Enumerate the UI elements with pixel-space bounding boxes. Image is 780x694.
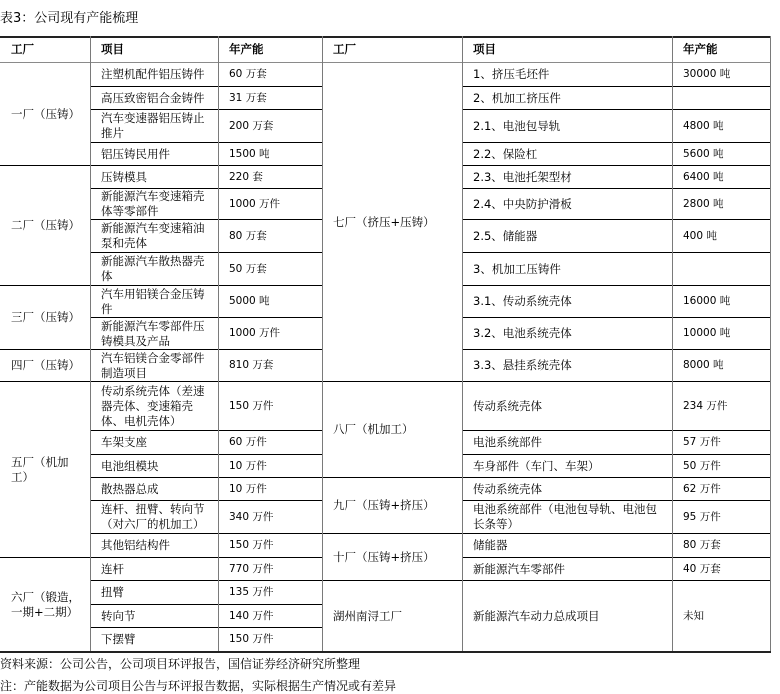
- capacity-cell: 10000 吨: [673, 318, 770, 349]
- item-cell: 新能源汽车动力总成项目: [463, 581, 672, 651]
- factory-cell: 十厂（压铸+挤压）: [323, 534, 462, 580]
- factory-cell: 五厂（机加工）: [1, 382, 90, 557]
- factory-cell: 湖州南浔工厂: [323, 581, 462, 651]
- item-cell: 电池系统部件（电池包导轨、电池包长条等）: [463, 501, 672, 533]
- item-cell: 散热器总成: [91, 478, 218, 500]
- item-cell: 电池组模块: [91, 455, 218, 477]
- capacity-cell: 60 万件: [219, 431, 322, 454]
- item-cell: 传动系统壳体（差速器壳体、变速箱壳体、电机壳体）: [91, 382, 218, 430]
- factory-cell: 一厂（压铸）: [1, 63, 90, 165]
- column-divider: [672, 36, 673, 651]
- capacity-cell: 150 万件: [219, 628, 322, 651]
- source-note: 资料来源：公司公告，公司项目环评报告，国信证券经济研究所整理: [0, 656, 360, 672]
- header-factory: 工厂: [1, 37, 90, 62]
- item-cell: 3.1、传动系统壳体: [463, 286, 672, 317]
- capacity-cell: [673, 253, 770, 285]
- item-cell: 汽车变速器铝压铸止推片: [91, 110, 218, 142]
- capacity-cell: 810 万套: [219, 350, 322, 381]
- capacity-cell: 4800 吨: [673, 110, 770, 142]
- item-cell: 3、机加工压铸件: [463, 253, 672, 285]
- item-cell: 新能源汽车零部件: [463, 558, 672, 580]
- item-cell: 2.3、电池托架型材: [463, 166, 672, 188]
- item-cell: 2、机加工挤压件: [463, 87, 672, 109]
- item-cell: 转向节: [91, 605, 218, 627]
- item-cell: 车身部件（车门、车架）: [463, 455, 672, 477]
- factory-cell: 七厂（挤压+压铸）: [323, 63, 462, 381]
- capacity-cell: 150 万件: [219, 534, 322, 557]
- capacity-cell: 未知: [673, 581, 770, 651]
- item-cell: 其他铝结构件: [91, 534, 218, 557]
- item-cell: 压铸模具: [91, 166, 218, 188]
- item-cell: 注塑机配件铝压铸件: [91, 63, 218, 86]
- capacity-cell: 30000 吨: [673, 63, 770, 86]
- item-cell: 汽车铝镁合金零部件制造项目: [91, 350, 218, 381]
- factory-cell: 九厂（压铸+挤压）: [323, 478, 462, 533]
- capacity-cell: 2800 吨: [673, 189, 770, 219]
- capacity-cell: 50 万套: [219, 253, 322, 285]
- capacity-cell: 1500 吨: [219, 143, 322, 165]
- capacity-cell: 10 万件: [219, 478, 322, 500]
- item-cell: 3.3、悬挂系统壳体: [463, 350, 672, 381]
- capacity-cell: [673, 87, 770, 109]
- factory-cell: 三厂（压铸）: [1, 286, 90, 349]
- capacity-cell: 140 万件: [219, 605, 322, 627]
- capacity-cell: 400 吨: [673, 220, 770, 252]
- header-factory: 工厂: [323, 37, 462, 62]
- item-cell: 扭臂: [91, 581, 218, 604]
- row-divider: [0, 651, 771, 653]
- capacity-cell: 80 万套: [219, 220, 322, 252]
- column-divider: [218, 36, 219, 651]
- capacity-cell: 40 万套: [673, 558, 770, 580]
- capacity-table: 工厂项目年产能工厂项目年产能注塑机配件铝压铸件60 万套高压致密铝合金铸件31 …: [0, 36, 771, 652]
- capacity-cell: 10 万件: [219, 455, 322, 477]
- capacity-cell: 770 万件: [219, 558, 322, 580]
- capacity-cell: 150 万件: [219, 382, 322, 430]
- capacity-cell: 340 万件: [219, 501, 322, 533]
- capacity-cell: 8000 吨: [673, 350, 770, 381]
- capacity-cell: 5600 吨: [673, 143, 770, 165]
- table-caption: 表3：公司现有产能梳理: [0, 10, 138, 28]
- item-cell: 储能器: [463, 534, 672, 557]
- item-cell: 2.5、储能器: [463, 220, 672, 252]
- item-cell: 新能源汽车变速箱油泵和壳体: [91, 220, 218, 252]
- capacity-cell: 57 万件: [673, 431, 770, 454]
- item-cell: 1、挤压毛坯件: [463, 63, 672, 86]
- footnote: 注：产能数据为公司项目公告与环评报告数据，实际根据生产情况或有差异: [0, 678, 396, 694]
- capacity-cell: 16000 吨: [673, 286, 770, 317]
- capacity-cell: 6400 吨: [673, 166, 770, 188]
- capacity-cell: 31 万套: [219, 87, 322, 109]
- capacity-cell: 220 套: [219, 166, 322, 188]
- item-cell: 新能源汽车零部件压铸模具及产品: [91, 318, 218, 349]
- item-cell: 连杆、扭臂、转向节（对六厂的机加工）: [91, 501, 218, 533]
- column-divider: [462, 36, 463, 651]
- capacity-cell: 1000 万件: [219, 318, 322, 349]
- capacity-cell: 5000 吨: [219, 286, 322, 317]
- capacity-cell: 234 万件: [673, 382, 770, 430]
- factory-cell: 二厂（压铸）: [1, 166, 90, 285]
- capacity-cell: 60 万套: [219, 63, 322, 86]
- item-cell: 汽车用铝镁合金压铸件: [91, 286, 218, 317]
- capacity-cell: 95 万件: [673, 501, 770, 533]
- capacity-cell: 1000 万件: [219, 189, 322, 219]
- factory-cell: 四厂（压铸）: [1, 350, 90, 381]
- item-cell: 3.2、电池系统壳体: [463, 318, 672, 349]
- item-cell: 传动系统壳体: [463, 478, 672, 500]
- item-cell: 下摆臂: [91, 628, 218, 651]
- column-divider: [90, 36, 91, 651]
- capacity-cell: 50 万件: [673, 455, 770, 477]
- column-divider: [770, 36, 771, 651]
- header-capacity: 年产能: [219, 37, 322, 62]
- item-cell: 传动系统壳体: [463, 382, 672, 430]
- header-item: 项目: [91, 37, 218, 62]
- item-cell: 连杆: [91, 558, 218, 580]
- factory-cell: 六厂（锻造，一期+二期）: [1, 558, 90, 651]
- capacity-cell: 80 万套: [673, 534, 770, 557]
- item-cell: 2.4、中央防护滑板: [463, 189, 672, 219]
- capacity-cell: 135 万件: [219, 581, 322, 604]
- item-cell: 铝压铸民用件: [91, 143, 218, 165]
- capacity-cell: 200 万套: [219, 110, 322, 142]
- item-cell: 电池系统部件: [463, 431, 672, 454]
- capacity-cell: 62 万件: [673, 478, 770, 500]
- item-cell: 高压致密铝合金铸件: [91, 87, 218, 109]
- item-cell: 新能源汽车变速箱壳体等零部件: [91, 189, 218, 219]
- item-cell: 2.2、保险杠: [463, 143, 672, 165]
- item-cell: 2.1、电池包导轨: [463, 110, 672, 142]
- item-cell: 车架支座: [91, 431, 218, 454]
- column-divider: [322, 36, 323, 651]
- header-capacity: 年产能: [673, 37, 770, 62]
- factory-cell: 八厂（机加工）: [323, 382, 462, 477]
- item-cell: 新能源汽车散热器壳体: [91, 253, 218, 285]
- header-item: 项目: [463, 37, 672, 62]
